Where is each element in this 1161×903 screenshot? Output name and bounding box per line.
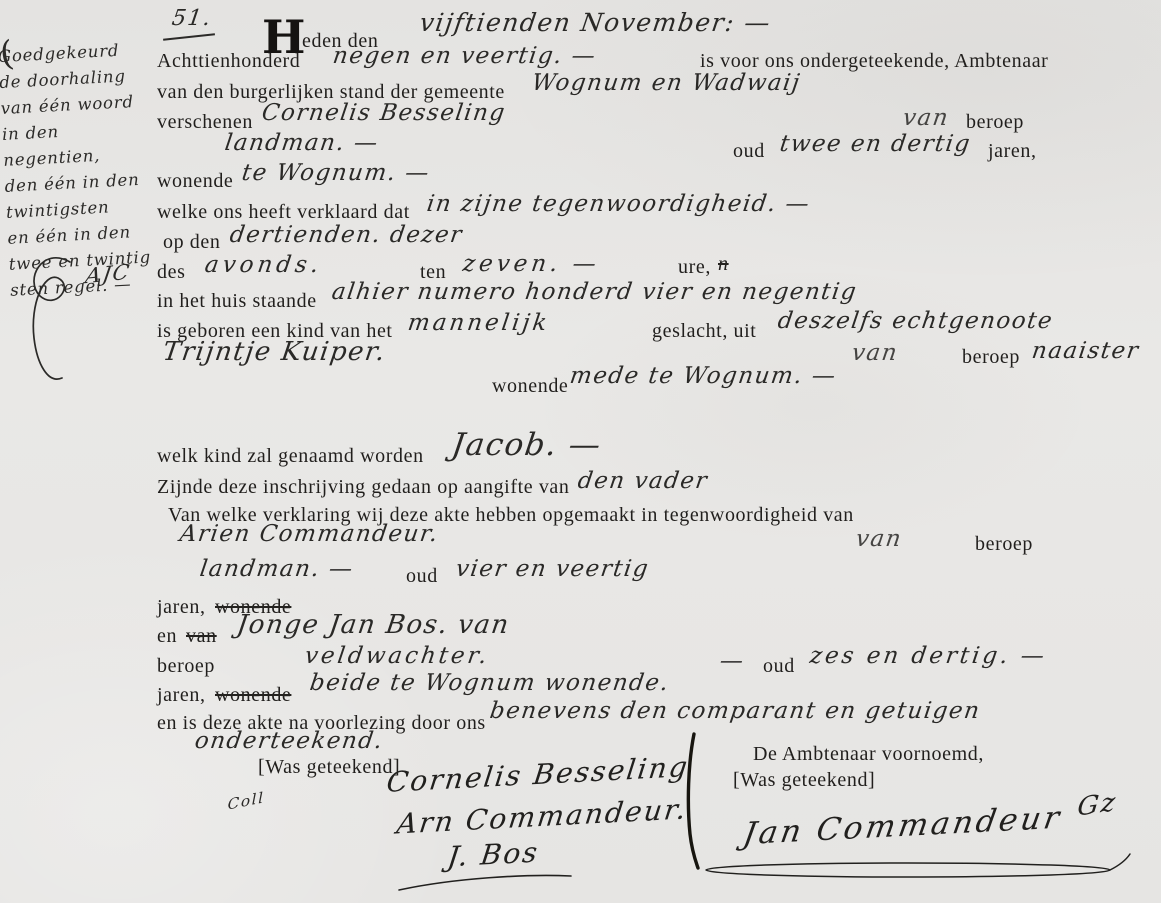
hw-tegenwoordigheid: in zijne tegenwoordigheid. — (425, 191, 812, 217)
signature-cornelis-besseling: Cornelis Besseling (385, 750, 691, 799)
struck-van: van (186, 625, 217, 648)
printed-ure: ure, (678, 256, 711, 279)
printed-oud-getuige1: oud (406, 565, 438, 588)
printed-en: en (157, 625, 177, 648)
printed-des: des (157, 261, 185, 284)
hw-geboortedag: dertienden. dezer (228, 222, 464, 248)
printed-oud: oud (733, 140, 765, 163)
printed-op-den: op den (163, 231, 220, 254)
printed-beroep-getuige2: beroep (157, 655, 215, 678)
printed-verklaard: welke ons heeft verklaard dat (157, 201, 410, 224)
was-geteekend-left: [Was geteekend] (258, 756, 400, 779)
hw-geslacht: mannelijk (406, 310, 551, 336)
hw-date: vijftienden November: — (418, 8, 773, 37)
hw-uur: zeven. — (461, 251, 601, 277)
printed-beroep-getuige1: beroep (975, 533, 1033, 556)
ambtenaar-title: De Ambtenaar voornoemd, (753, 743, 984, 766)
hw-moeder-naam: Trijntje Kuiper. (161, 337, 388, 367)
hw-getuige2-naam: Jonge Jan Bos. van (235, 610, 512, 640)
hw-beroep-getuige2: veldwachter. (303, 643, 491, 669)
signature-j-bos: J. Bos (446, 836, 541, 874)
hw-beide-wonende: beide te Wognum wonende. (308, 670, 671, 696)
printed-jaren: jaren, (988, 140, 1037, 163)
struck-letter-n: n (718, 253, 729, 276)
printed-geslacht-uit: geslacht, uit (652, 320, 756, 343)
margin-note-line: in den negentien, (1, 114, 154, 174)
printed-jaren-getuige1: jaren, (157, 596, 206, 619)
struck-wonende-2: wonende (215, 684, 291, 707)
hw-leeftijd-getuige2: zes en dertig. — (808, 643, 1049, 669)
printed-kind-genaamd: welk kind zal genaamd worden (157, 445, 424, 468)
hw-getuige1-naam: Arien Commandeur. (178, 521, 440, 547)
hw-beroep-moeder: naaister (1030, 338, 1141, 364)
act-number: 51. (170, 6, 213, 31)
printed-jaren-getuige2: jaren, (157, 684, 206, 707)
printed-beroep-moeder: beroep (962, 346, 1020, 369)
hw-woonplaats-vader: te Wognum. — (240, 160, 432, 186)
signature-divider-bracket (684, 734, 700, 870)
printed-oud-getuige2: oud (763, 655, 795, 678)
act-number-underline (163, 33, 215, 40)
hw-year: negen en veertig. — (331, 43, 598, 69)
printed-beroep: beroep (966, 111, 1024, 134)
hw-benevens: benevens den comparant en getuigen (488, 698, 982, 724)
hw-onderteekend: onderteekend. (193, 728, 385, 754)
printed-inschrijving: Zijnde deze inschrijving gedaan op aangi… (157, 476, 570, 499)
hw-huisnummer: alhier numero honderd vier en negentig (330, 279, 859, 305)
hw-beroep-getuige1: landman. — (198, 556, 355, 582)
hw-dagdeel: avonds. (203, 252, 324, 278)
hw-leeftijd-vader: twee en dertig (778, 131, 973, 157)
hw-aangever: den vader (576, 468, 710, 494)
signature-jan-commandeur: Jan Commandeur (741, 800, 1065, 852)
hw-echtgenoote: deszelfs echtgenoote (776, 308, 1055, 334)
printed-wonende-moeder: wonende (492, 375, 568, 398)
birth-certificate-scan: ( Goedgekeurd de doorhaling van één woor… (0, 0, 1161, 903)
signature-arn-commandeur: Arn Commandeur. (395, 792, 690, 840)
margin-initials: AJC (84, 260, 133, 288)
hw-gemeente-naam: Wognum en Wadwaij (530, 70, 802, 96)
signature-jan-commandeur-suffix: Gz (1076, 787, 1119, 822)
printed-wonende: wonende (157, 170, 233, 193)
hw-leeftijd-getuige1: vier en veertig (454, 556, 651, 582)
signature-j-bos-underline (395, 872, 575, 894)
printed-huis-staande: in het huis staande (157, 290, 317, 313)
hw-van: van (901, 105, 951, 131)
coll-annotation: Coll (228, 788, 265, 813)
hw-dash: — (718, 648, 746, 674)
hw-van-getuige1: van (854, 526, 904, 552)
was-geteekend-right: [Was geteekend] (733, 769, 875, 792)
printed-achttienhonderd: Achttienhonderd (157, 50, 300, 73)
hw-beroep-vader: landman. — (223, 130, 380, 156)
hw-comparant-naam: Cornelis Besseling (260, 100, 507, 126)
signature-jan-commandeur-flourish (698, 858, 1118, 884)
hw-woonplaats-moeder: mede te Wognum. — (568, 363, 838, 389)
hw-kindsnaam: Jacob. — (449, 427, 604, 463)
hw-van-moeder: van (850, 340, 900, 366)
